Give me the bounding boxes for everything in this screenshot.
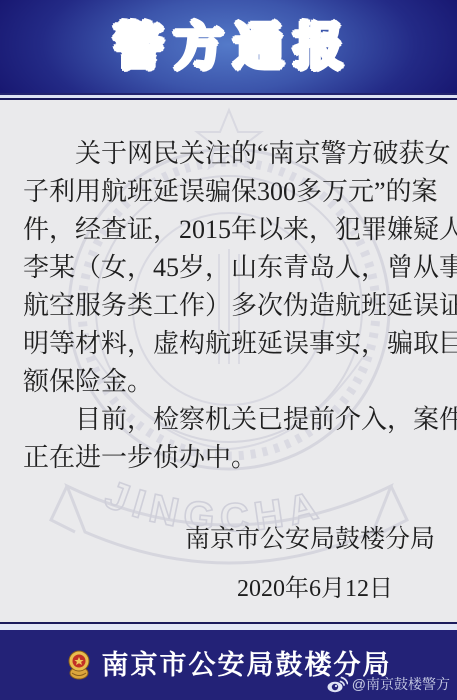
- notice-line: 目前，检察机关已提前介入，案件: [23, 401, 435, 439]
- issuing-agency-signature: 南京市公安局鼓楼分局: [23, 525, 435, 555]
- weibo-icon: [327, 675, 348, 693]
- notice-line: 件，经查证，2015年以来，犯罪嫌疑人: [23, 211, 435, 249]
- weibo-watermark: @南京鼓楼警方: [327, 674, 450, 694]
- footer-banner: 南京市公安局鼓楼分局 @南京鼓楼警方: [0, 630, 457, 700]
- notice-line: 明等材料，虚构航班延误事实，骗取巨: [23, 325, 435, 363]
- notice-title: 警方通报: [104, 22, 354, 72]
- header-divider: [0, 93, 457, 100]
- notice-line: 正在进一步侦办中。: [23, 439, 435, 477]
- weibo-handle: @南京鼓楼警方: [352, 674, 450, 694]
- notice-date: 2020年6月12日: [23, 575, 435, 603]
- notice-line: 航空服务类工作）多次伪造航班延误证: [23, 287, 435, 325]
- police-notice-poster: 警方通报 JINGCHA 关于网民关注的“南京警方破: [0, 0, 457, 700]
- header-banner: 警方通报: [0, 0, 457, 93]
- notice-body: JINGCHA 关于网民关注的“南京警方破获女 子利用航班延误骗保300多万元”…: [0, 100, 457, 622]
- notice-line: 李某（女，45岁，山东青岛人，曾从事: [23, 249, 435, 287]
- notice-line: 子利用航班延误骗保300多万元”的案: [23, 173, 435, 211]
- notice-text: 关于网民关注的“南京警方破获女 子利用航班延误骗保300多万元”的案 件，经查证…: [0, 100, 457, 603]
- notice-line: 关于网民关注的“南京警方破获女: [23, 135, 435, 173]
- police-badge-icon: [66, 650, 92, 680]
- footer-divider: [0, 622, 457, 630]
- notice-line: 额保险金。: [23, 363, 435, 401]
